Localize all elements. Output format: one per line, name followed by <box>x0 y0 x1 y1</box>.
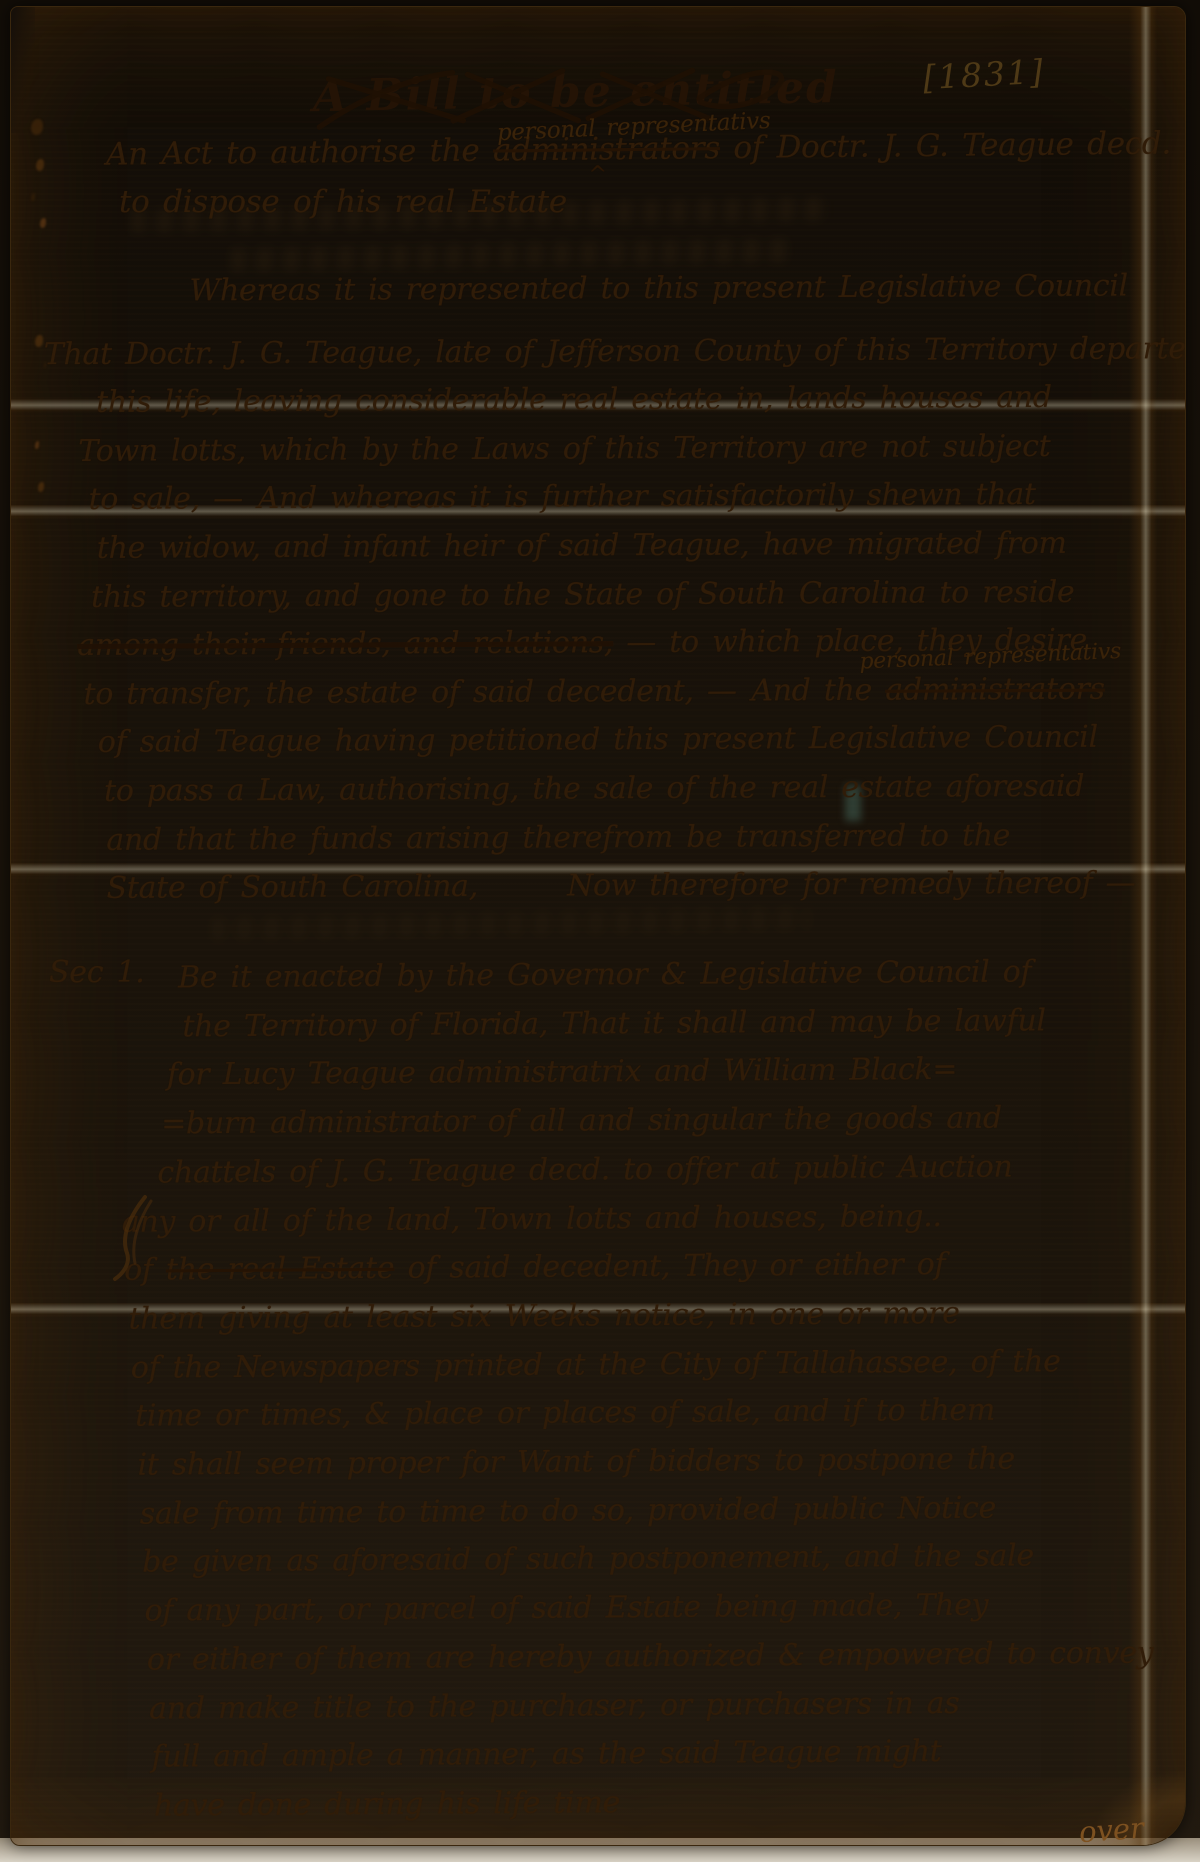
manuscript-line: to pass a Law, authorising, the sale of … <box>104 762 1186 816</box>
manuscript-line: it shall seem proper for Want of bidders… <box>137 1435 1152 1491</box>
manuscript-scan: [1831] A Bill to be entitled An Act to a… <box>0 0 1200 1862</box>
manuscript-line: full and ample a manner, as the said Tea… <box>151 1727 1154 1783</box>
year-annotation: [1831] <box>922 52 1046 97</box>
manuscript-line: to sale, — And whereas it is further sat… <box>88 470 1186 524</box>
manuscript-line: the widow, and infant heir of said Teagu… <box>97 519 1186 573</box>
manuscript-line: and that the funds arising therefrom be … <box>106 811 1186 865</box>
manuscript-line: the Territory of Florida, That it shall … <box>182 996 1149 1051</box>
manuscript-line: of any part, or parcel of said Estate be… <box>144 1581 1153 1637</box>
caret-mark: ^ <box>588 162 606 187</box>
struck-text: among their friends, and relations, <box>77 625 613 663</box>
manuscript-line: for Lucy Teague administratrix and Willi… <box>167 1045 1150 1101</box>
manuscript-line: That Doctr. J. G. Teague, late of Jeffer… <box>44 325 1186 380</box>
manuscript-line: of said Teague having petitioned this pr… <box>98 713 1186 767</box>
manuscript-line: or either of them are hereby authorized … <box>147 1629 1154 1685</box>
manuscript-line: Be it enacted by the Governor & Legislat… <box>178 948 1149 1003</box>
manuscript-line: any or all of the land, Town lotts and h… <box>122 1191 1151 1247</box>
manuscript-line: sale from time to time to do so, provide… <box>140 1483 1153 1539</box>
manuscript-line: =burn administrator of all and singular … <box>161 1094 1150 1150</box>
act-title-pre: An Act to authorise the <box>106 133 493 173</box>
manuscript-line: this life, leaving considerable real est… <box>96 373 1186 427</box>
paper-sheet: [1831] A Bill to be entitled An Act to a… <box>10 6 1186 1846</box>
margin-pen-scrawl <box>111 1193 157 1283</box>
manuscript-line: chattels of J. G. Teague decd. to offer … <box>157 1142 1150 1198</box>
struck-text: the real Estate <box>166 1251 395 1288</box>
manuscript-line: and make title to the purchaser, or purc… <box>149 1678 1154 1734</box>
preamble-paragraph: Whereas it is represented to this presen… <box>95 262 1186 914</box>
manuscript-line: of the Newspapers printed at the City of… <box>131 1337 1152 1393</box>
manuscript-line-pre: to transfer, the estate of said decedent… <box>83 673 885 712</box>
manuscript-line: of the real Estate of said decedent, The… <box>124 1240 1151 1296</box>
act-title-post: of Doctr. J. G. Teague decd. <box>720 125 1171 166</box>
act-title-line-2: to dispose of his real Estate <box>119 184 567 220</box>
page-turn-note: over <box>1078 1811 1145 1846</box>
manuscript-line-rest: of said decedent, They or either of <box>394 1247 945 1286</box>
manuscript-line: be given as aforesaid of such postponeme… <box>142 1532 1153 1588</box>
manuscript-line: Town lotts, which by the Laws of this Te… <box>78 422 1186 476</box>
section-label: Sec 1. <box>49 955 144 990</box>
manuscript-line: this territory, and gone to the State of… <box>91 568 1186 622</box>
manuscript-line: have done during his life time <box>154 1775 1155 1831</box>
manuscript-line: them giving at least six Weeks notice, i… <box>128 1288 1151 1344</box>
manuscript-line: State of South Carolina, Now therefore f… <box>106 859 1186 913</box>
section-1-paragraph: Be it enacted by the Governor & Legislat… <box>156 948 1155 1832</box>
manuscript-line: Whereas it is represented to this presen… <box>189 262 1186 316</box>
torn-edge-shadow <box>10 6 35 133</box>
struck-word-wrap: personal representativsadministrators <box>885 671 1105 707</box>
manuscript-line: to transfer, the estate of said decedent… <box>83 665 1186 719</box>
struck-word-wrap: personal representativsadministrators^ <box>493 130 720 168</box>
manuscript-line: time or times, & place or places of sale… <box>135 1386 1152 1442</box>
